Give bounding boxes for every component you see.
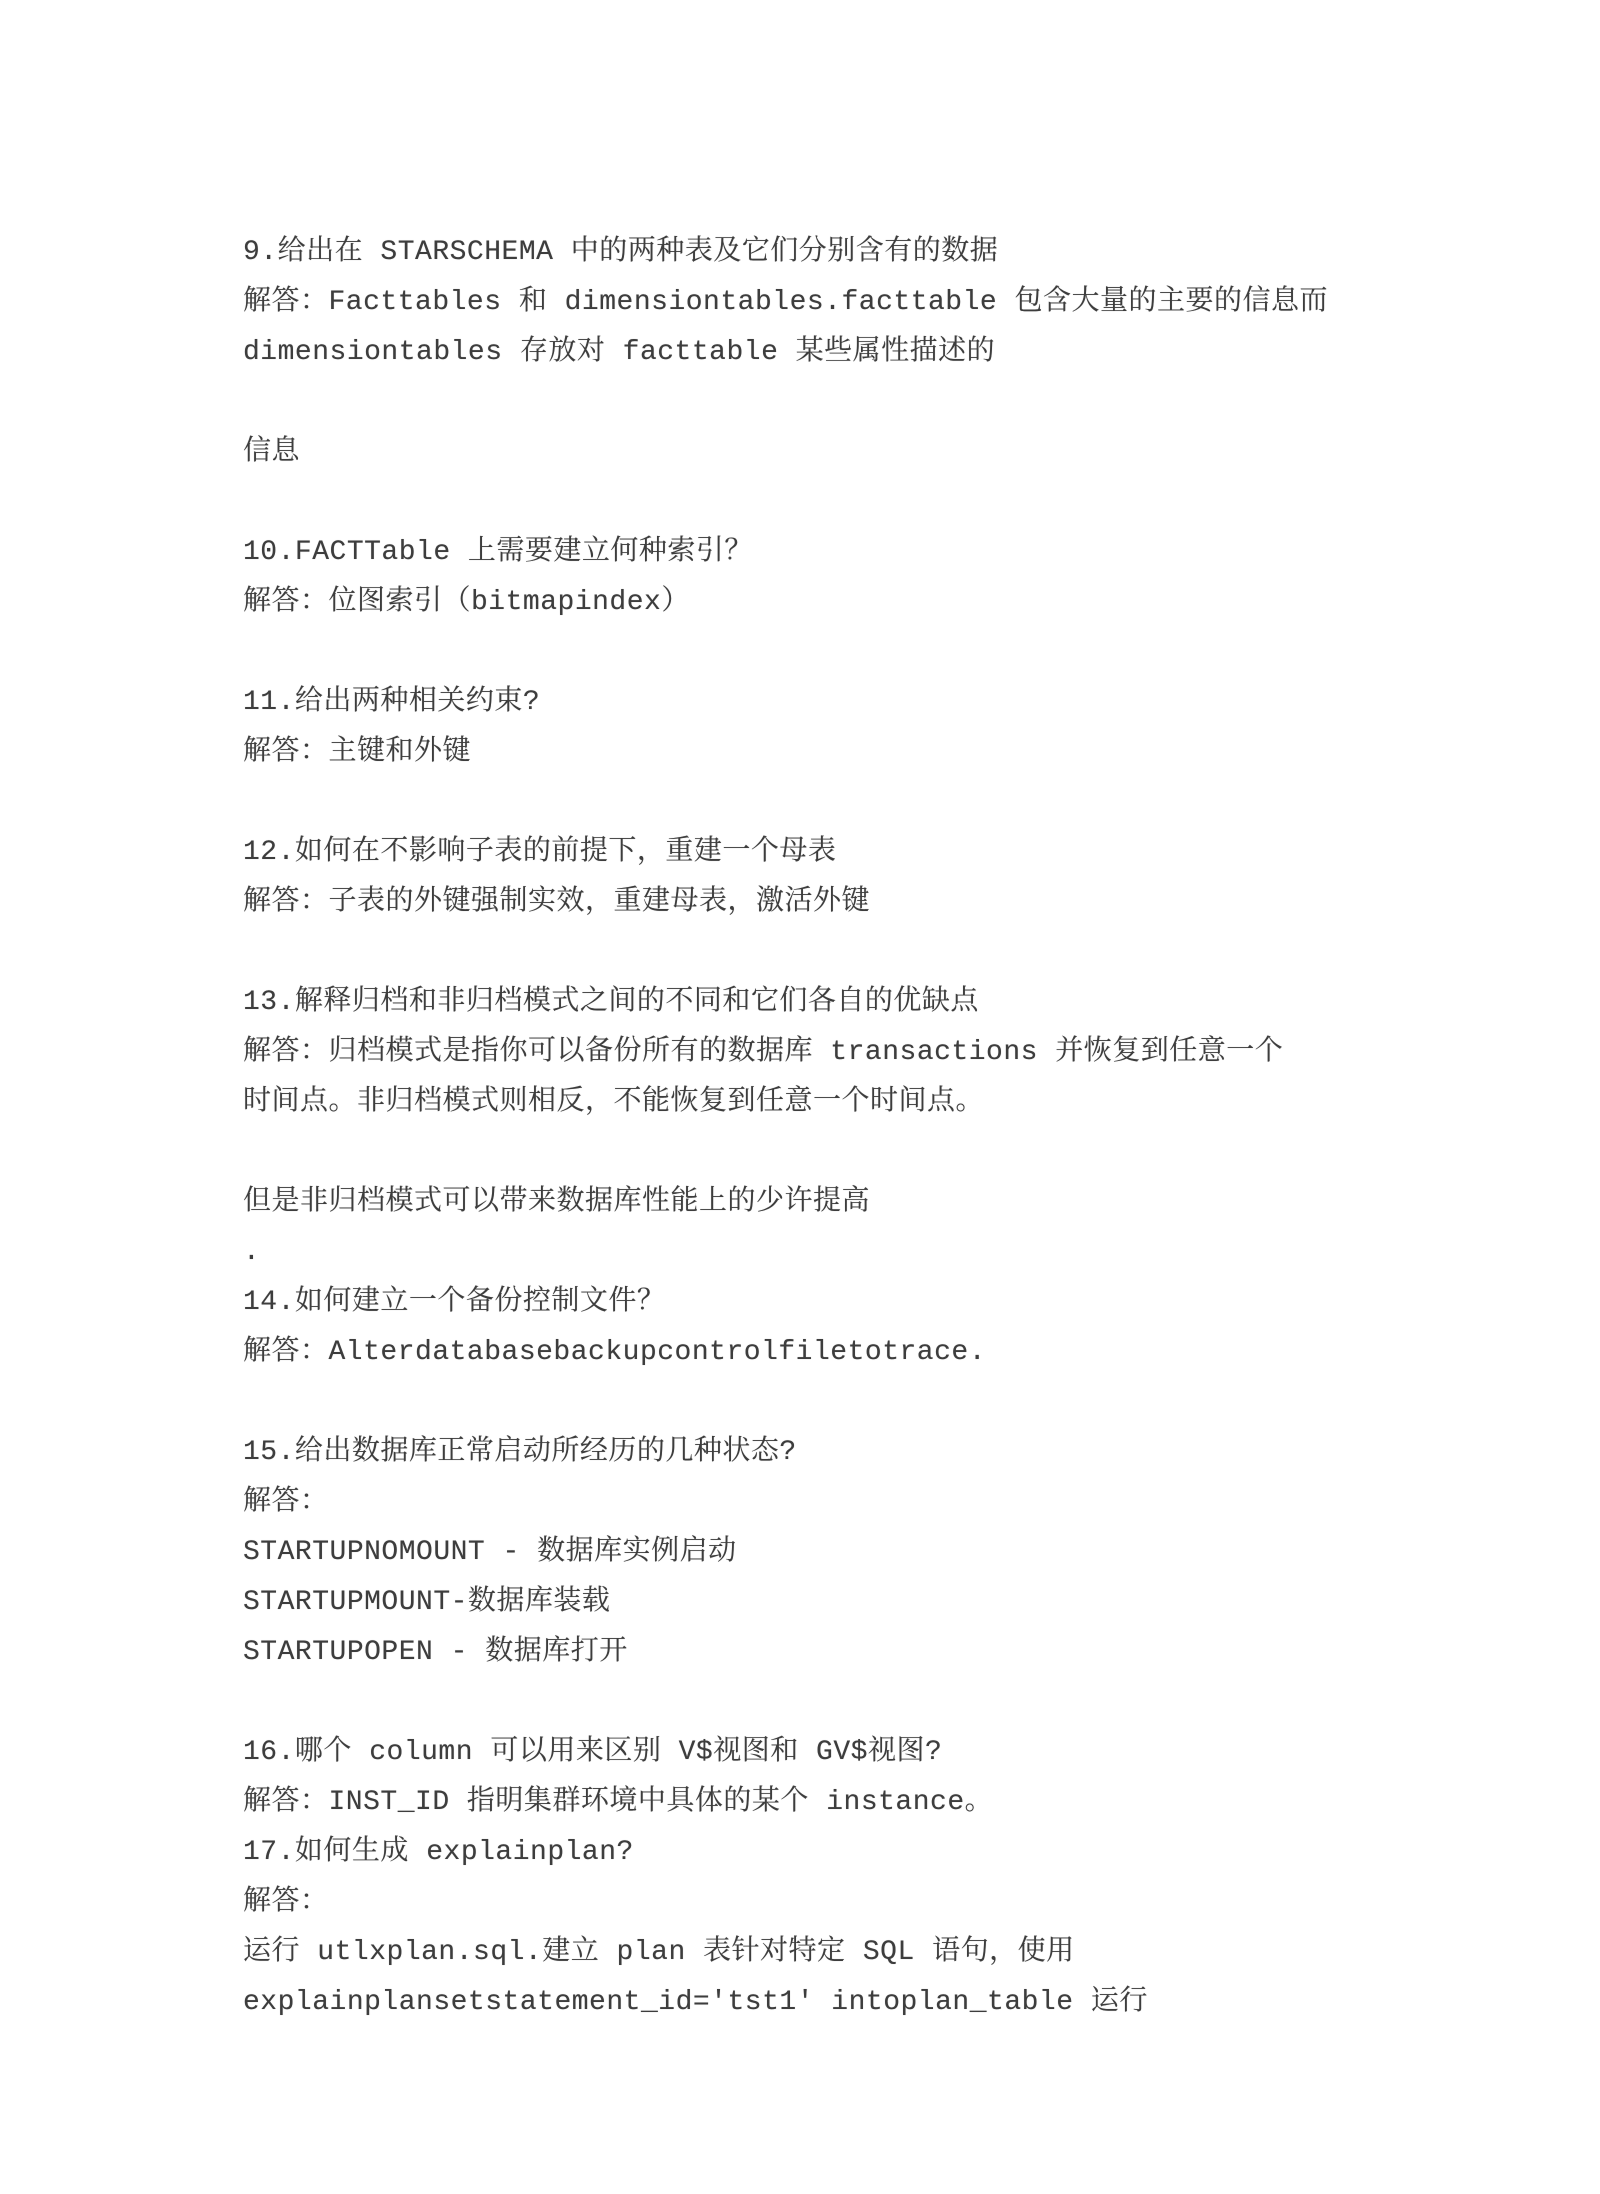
text-line: 但是非归档模式可以带来数据库性能上的少许提高: [243, 1178, 1450, 1228]
text-line: 16.哪个 column 可以用来区别 V$视图和 GV$视图?: [243, 1728, 1450, 1778]
text-line: 17.如何生成 explainplan?: [243, 1828, 1450, 1878]
text-line: 时间点。非归档模式则相反，不能恢复到任意一个时间点。: [243, 1078, 1450, 1128]
text-line: 解答：主键和外键: [243, 728, 1450, 778]
text-line: 解答：子表的外键强制实效，重建母表，激活外键: [243, 878, 1450, 928]
blank-line: [243, 478, 1450, 528]
document-page: 9.给出在 STARSCHEMA 中的两种表及它们分别含有的数据解答：Factt…: [0, 0, 1600, 2194]
blank-line: [243, 928, 1450, 978]
text-line: .: [243, 1228, 1450, 1278]
text-line: 解答：Alterdatabasebackupcontrolfiletotrace…: [243, 1328, 1450, 1378]
blank-line: [243, 778, 1450, 828]
blank-line: [243, 1378, 1450, 1428]
text-line: STARTUPNOMOUNT - 数据库实例启动: [243, 1528, 1450, 1578]
text-line: 10.FACTTable 上需要建立何种索引？: [243, 528, 1450, 578]
blank-line: [243, 1678, 1450, 1728]
text-line: 12.如何在不影响子表的前提下，重建一个母表: [243, 828, 1450, 878]
document-text-block: 9.给出在 STARSCHEMA 中的两种表及它们分别含有的数据解答：Factt…: [243, 228, 1450, 2028]
text-line: 13.解释归档和非归档模式之间的不同和它们各自的优缺点: [243, 978, 1450, 1028]
text-line: 14.如何建立一个备份控制文件？: [243, 1278, 1450, 1328]
text-line: 9.给出在 STARSCHEMA 中的两种表及它们分别含有的数据: [243, 228, 1450, 278]
text-line: 解答：归档模式是指你可以备份所有的数据库 transactions 并恢复到任意…: [243, 1028, 1450, 1078]
text-line: STARTUPOPEN - 数据库打开: [243, 1628, 1450, 1678]
text-line: 11.给出两种相关约束?: [243, 678, 1450, 728]
text-line: 解答：Facttables 和 dimensiontables.facttabl…: [243, 278, 1450, 328]
text-line: 解答：INST_ID 指明集群环境中具体的某个 instance。: [243, 1778, 1450, 1828]
text-line: explainplansetstatement_id='tst1' intopl…: [243, 1978, 1450, 2028]
text-line: STARTUPMOUNT-数据库装载: [243, 1578, 1450, 1628]
blank-line: [243, 1128, 1450, 1178]
text-line: dimensiontables 存放对 facttable 某些属性描述的: [243, 328, 1450, 378]
text-line: 解答：: [243, 1478, 1450, 1528]
text-line: 15.给出数据库正常启动所经历的几种状态?: [243, 1428, 1450, 1478]
text-line: 运行 utlxplan.sql.建立 plan 表针对特定 SQL 语句，使用: [243, 1928, 1450, 1978]
text-line: 解答：位图索引（bitmapindex）: [243, 578, 1450, 628]
text-line: 信息: [243, 428, 1450, 478]
blank-line: [243, 628, 1450, 678]
text-line: 解答：: [243, 1878, 1450, 1928]
blank-line: [243, 378, 1450, 428]
